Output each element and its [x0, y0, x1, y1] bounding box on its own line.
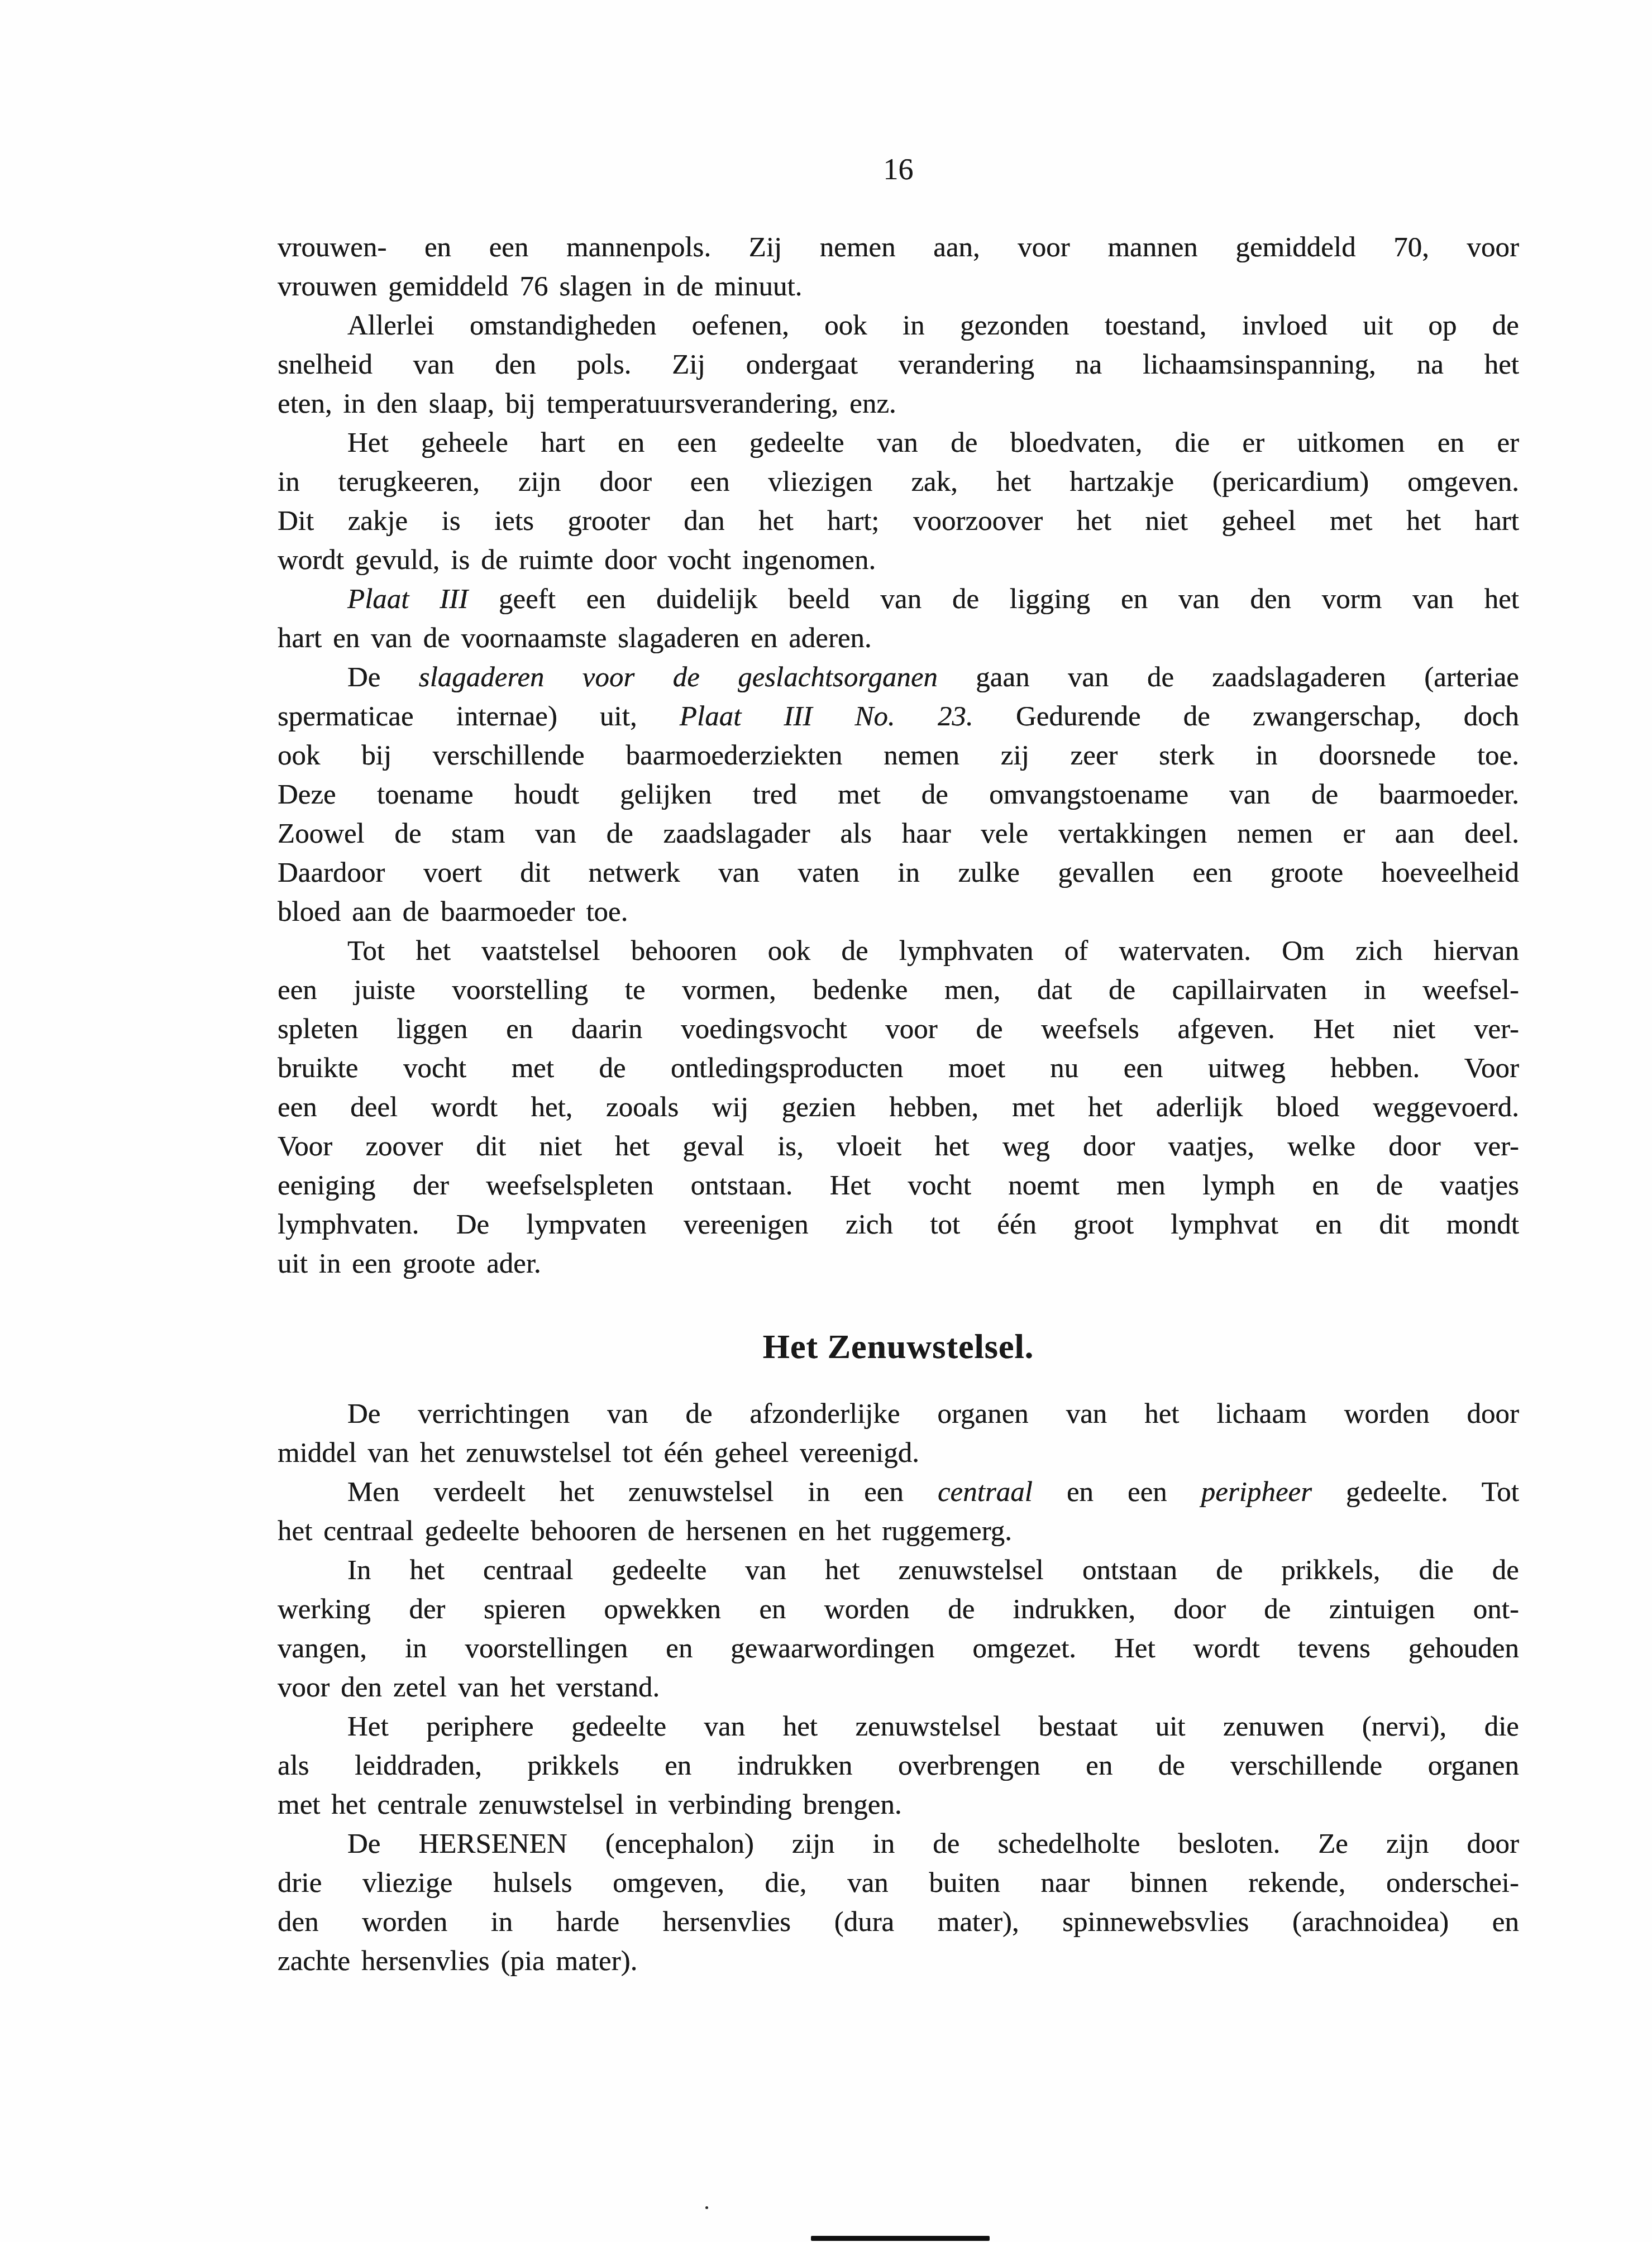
paragraph: In het centraal gedeelte van het zenuwst… [278, 1551, 1519, 1707]
text-segment: met het centrale zenuwstelsel in verbind… [278, 1789, 902, 1820]
text-segment: De [347, 662, 419, 693]
text-segment: Men verdeelt het zenuwstelsel in een [347, 1476, 938, 1508]
italic-text-segment: peripheer [1201, 1476, 1312, 1508]
text-segment: Het periphere gedeelte van het zenuwstel… [347, 1711, 1519, 1742]
text-line: een deel wordt het, zooals wij gezien he… [278, 1088, 1519, 1127]
text-line: wordt gevuld, is de ruimte door vocht in… [278, 541, 1519, 580]
text-line: In het centraal gedeelte van het zenuwst… [278, 1551, 1519, 1590]
text-line: spleten liggen en daarin voedingsvocht v… [278, 1010, 1519, 1049]
text-segment: eeniging der weefselspleten ontstaan. He… [278, 1170, 1519, 1201]
text-line: in terugkeeren, zijn door een vliezigen … [278, 462, 1519, 501]
paragraph: Men verdeelt het zenuwstelsel in een cen… [278, 1473, 1519, 1551]
text-segment: De verrichtingen van de afzonderlijke or… [347, 1398, 1519, 1430]
text-segment: werking der spieren opwekken en worden d… [278, 1594, 1519, 1625]
text-segment: voor den zetel van het verstand. [278, 1672, 660, 1703]
italic-text-segment: centraal [938, 1476, 1033, 1508]
text-line: snelheid van den pols. Zij ondergaat ver… [278, 345, 1519, 384]
text-segment: snelheid van den pols. Zij ondergaat ver… [278, 349, 1519, 380]
text-line: bruikte vocht met de ontledingsproducten… [278, 1049, 1519, 1088]
text-segment: bloed aan de baarmoeder toe. [278, 896, 628, 928]
text-line: met het centrale zenuwstelsel in verbind… [278, 1785, 1519, 1824]
text-line: ook bij verschillende baarmoederziekten … [278, 736, 1519, 775]
text-segment: eten, in den slaap, bij temperatuursvera… [278, 388, 896, 419]
text-line: Zoowel de stam van de zaadslagader als h… [278, 814, 1519, 853]
paragraph: Plaat III geeft een duidelijk beeld van … [278, 580, 1519, 658]
text-segment: Daardoor voert dit netwerk van vaten in … [278, 857, 1519, 888]
text-line: Deze toename houdt gelijken tred met de … [278, 775, 1519, 814]
text-line: vangen, in voorstellingen en gewaarwordi… [278, 1629, 1519, 1668]
text-line: Allerlei omstandigheden oefenen, ook in … [278, 306, 1519, 345]
text-segment: vrouwen- en een mannenpols. Zij nemen aa… [278, 232, 1519, 263]
scan-edge-artifact [811, 2236, 990, 2241]
text-line: middel van het zenuwstelsel tot één gehe… [278, 1433, 1519, 1473]
text-line: zachte hersenvlies (pia mater). [278, 1942, 1519, 1981]
paragraph: Het periphere gedeelte van het zenuwstel… [278, 1707, 1519, 1824]
text-line: spermaticae internae) uit, Plaat III No.… [278, 697, 1519, 736]
text-line: vrouwen- en een mannenpols. Zij nemen aa… [278, 228, 1519, 267]
text-segment: drie vliezige hulsels omgeven, die, van … [278, 1867, 1519, 1899]
text-segment: geeft een duidelijk beeld van de ligging… [468, 584, 1519, 615]
text-segment: Voor zoover dit niet het geval is, vloei… [278, 1131, 1519, 1162]
text-line: eten, in den slaap, bij temperatuursvera… [278, 384, 1519, 423]
text-line: uit in een groote ader. [278, 1244, 1519, 1283]
paragraph: De verrichtingen van de afzonderlijke or… [278, 1394, 1519, 1473]
text-segment: een juiste voorstelling te vormen, beden… [278, 974, 1519, 1006]
text-line: drie vliezige hulsels omgeven, die, van … [278, 1863, 1519, 1902]
paragraph: Het geheele hart en een gedeelte van de … [278, 423, 1519, 580]
paragraph: Allerlei omstandigheden oefenen, ook in … [278, 306, 1519, 423]
text-segment: spleten liggen en daarin voedingsvocht v… [278, 1014, 1519, 1045]
text-line: het centraal gedeelte behooren de hersen… [278, 1512, 1519, 1551]
text-line: De HERSENEN (encephalon) zijn in de sche… [278, 1824, 1519, 1863]
paragraph: Tot het vaatstelsel behooren ook de lymp… [278, 931, 1519, 1283]
text-line: werking der spieren opwekken en worden d… [278, 1590, 1519, 1629]
text-line: lymphvaten. De lympvaten vereenigen zich… [278, 1205, 1519, 1244]
text-line: vrouwen gemiddeld 76 slagen in de minuut… [278, 267, 1519, 306]
text-segment: Tot het vaatstelsel behooren ook de lymp… [347, 935, 1519, 967]
text-segment: zachte hersenvlies (pia mater). [278, 1945, 637, 1977]
body-text-top: vrouwen- en een mannenpols. Zij nemen aa… [278, 228, 1519, 1283]
text-segment: Zoowel de stam van de zaadslagader als h… [278, 818, 1519, 849]
paragraph: vrouwen- en een mannenpols. Zij nemen aa… [278, 228, 1519, 306]
text-segment: spermaticae internae) uit, [278, 701, 680, 732]
text-segment: uit in een groote ader. [278, 1248, 541, 1279]
text-segment: gaan van de zaadslagaderen (arteriae [938, 662, 1519, 693]
scan-speck-dot [705, 2206, 708, 2209]
text-segment: vrouwen gemiddeld 76 slagen in de minuut… [278, 271, 802, 302]
text-segment: Allerlei omstandigheden oefenen, ook in … [347, 310, 1519, 341]
text-segment: en een [1033, 1476, 1201, 1508]
text-segment: middel van het zenuwstelsel tot één gehe… [278, 1437, 919, 1469]
text-segment: een deel wordt het, zooals wij gezien he… [278, 1092, 1519, 1123]
text-line: De slagaderen voor de geslachtsorganen g… [278, 658, 1519, 697]
text-segment: hart en van de voornaamste slagaderen en… [278, 623, 872, 654]
text-segment: gedeelte. Tot [1312, 1476, 1519, 1508]
text-segment: den worden in harde hersenvlies (dura ma… [278, 1906, 1519, 1938]
text-segment: vangen, in voorstellingen en gewaarwordi… [278, 1633, 1519, 1664]
page-text-block: vrouwen- en een mannenpols. Zij nemen aa… [278, 228, 1519, 1981]
italic-text-segment: slagaderen voor de geslachtsorganen [419, 662, 938, 693]
text-line: Het geheele hart en een gedeelte van de … [278, 423, 1519, 462]
text-segment: bruikte vocht met de ontledingsproducten… [278, 1053, 1519, 1084]
text-segment: In het centraal gedeelte van het zenuwst… [347, 1555, 1519, 1586]
text-line: Tot het vaatstelsel behooren ook de lymp… [278, 931, 1519, 971]
italic-text-segment: Plaat III No. 23. [680, 701, 973, 732]
text-line: Het periphere gedeelte van het zenuwstel… [278, 1707, 1519, 1746]
text-line: bloed aan de baarmoeder toe. [278, 892, 1519, 931]
text-line: een juiste voorstelling te vormen, beden… [278, 971, 1519, 1010]
italic-text-segment: Plaat III [347, 584, 468, 615]
text-line: voor den zetel van het verstand. [278, 1668, 1519, 1707]
text-line: Plaat III geeft een duidelijk beeld van … [278, 580, 1519, 619]
text-segment: De HERSENEN (encephalon) zijn in de sche… [347, 1828, 1519, 1859]
text-segment: het centraal gedeelte behooren de hersen… [278, 1516, 1012, 1547]
text-segment: wordt gevuld, is de ruimte door vocht in… [278, 544, 876, 576]
text-line: Voor zoover dit niet het geval is, vloei… [278, 1127, 1519, 1166]
body-text-bottom: De verrichtingen van de afzonderlijke or… [278, 1394, 1519, 1981]
text-segment: in terugkeeren, zijn door een vliezigen … [278, 466, 1519, 498]
text-segment: Deze toename houdt gelijken tred met de … [278, 779, 1519, 810]
text-line: hart en van de voornaamste slagaderen en… [278, 619, 1519, 658]
section-heading: Het Zenuwstelsel. [278, 1325, 1519, 1369]
text-segment: Het geheele hart en een gedeelte van de … [347, 427, 1519, 458]
text-segment: als leiddraden, prikkels en indrukken ov… [278, 1750, 1519, 1781]
text-line: Dit zakje is iets grooter dan het hart; … [278, 501, 1519, 541]
text-line: Men verdeelt het zenuwstelsel in een cen… [278, 1473, 1519, 1512]
text-segment: lymphvaten. De lympvaten vereenigen zich… [278, 1209, 1519, 1240]
text-segment: ook bij verschillende baarmoederziekten … [278, 740, 1519, 771]
paragraph: De HERSENEN (encephalon) zijn in de sche… [278, 1824, 1519, 1981]
page-number: 16 [278, 150, 1519, 189]
text-line: den worden in harde hersenvlies (dura ma… [278, 1902, 1519, 1942]
text-line: als leiddraden, prikkels en indrukken ov… [278, 1746, 1519, 1785]
scanned-book-page: 16 vrouwen- en een mannenpols. Zij nemen… [0, 0, 1652, 2242]
text-line: eeniging der weefselspleten ontstaan. He… [278, 1166, 1519, 1205]
text-line: De verrichtingen van de afzonderlijke or… [278, 1394, 1519, 1433]
text-segment: Dit zakje is iets grooter dan het hart; … [278, 505, 1519, 537]
text-segment: Gedurende de zwangerschap, doch [973, 701, 1519, 732]
paragraph: De slagaderen voor de geslachtsorganen g… [278, 658, 1519, 931]
text-line: Daardoor voert dit netwerk van vaten in … [278, 853, 1519, 892]
